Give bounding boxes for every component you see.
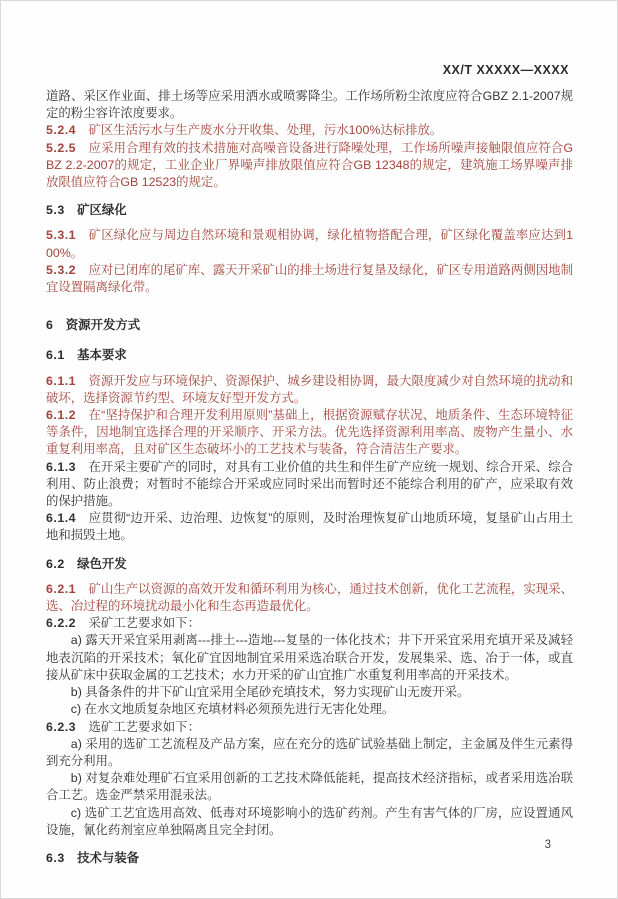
clause-number: 6.2.2 — [46, 616, 76, 630]
clause-number: 5.3 — [46, 203, 65, 217]
paragraph: 5.2.5 应采用合理有效的技术措施对高噪音设备进行降噪处理，工作场所噪声接触限… — [46, 140, 573, 192]
paragraph: 6.1.4 应贯彻“边开采、边治理、边恢复”的原则，及时治理恢复矿山地质环境，复… — [46, 510, 573, 544]
section-heading: 6 资源开发方式 — [46, 317, 573, 334]
paragraph: c) 在水文地质复杂地区充填材料必须预先进行无害化处理。 — [46, 701, 573, 718]
clause-number: 5.2.5 — [46, 141, 76, 155]
clause-number: 5.3.2 — [46, 263, 76, 277]
paragraph: 6.2.3 选矿工艺要求如下： — [46, 719, 573, 736]
clause-number: 5.3.1 — [46, 228, 76, 242]
paragraph: b) 对复杂难处理矿石宜采用创新的工艺技术降低能耗，提高技术经济指标，或者采用选… — [46, 770, 573, 804]
paragraph: 6.1.1 资源开发应与环境保护、资源保护、城乡建设相协调，最大限度减少对自然环… — [46, 373, 573, 407]
clause-number: 6.2.1 — [46, 582, 76, 596]
page-number: 3 — [545, 839, 551, 851]
paragraph: 5.3.2 应对已闭库的尾矿库、露天开采矿山的排土场进行复垦及绿化，矿区专用道路… — [46, 262, 573, 296]
paragraph: 6.2.1 矿山生产以资源的高效开发和循环利用为核心，通过技术创新，优化工艺流程… — [46, 581, 573, 615]
clause-number: 6.1.3 — [46, 460, 76, 474]
section-heading: 5.3 矿区绿化 — [46, 202, 573, 219]
document-page: XX/T XXXXX—XXXX 道路、采区作业面、排土场等应采用洒水或喷雾降尘。… — [0, 0, 618, 899]
section-heading: 6.3 技术与装备 — [46, 850, 573, 867]
paragraph: a) 露天开采宜采用剥离---排土---造地---复垦的一体化技术；井下开采宜采… — [46, 632, 573, 684]
clause-number: 6.1 — [46, 348, 65, 362]
standard-code-header: XX/T XXXXX—XXXX — [443, 63, 569, 77]
paragraph: 6.1.2 在“坚持保护和合理开发利用原则”基础上，根据资源赋存状况、地质条件、… — [46, 407, 573, 459]
clause-number: 6.2.3 — [46, 720, 76, 734]
paragraph: 6.2.2 采矿工艺要求如下： — [46, 615, 573, 632]
clause-number: 6.1.4 — [46, 511, 76, 525]
paragraph: 5.2.4 矿区生活污水与生产废水分开收集、处理，污水100%达标排放。 — [46, 122, 573, 139]
clause-number: 6.1.1 — [46, 374, 76, 388]
clause-number: 6 — [46, 318, 53, 332]
clause-number: 6.1.2 — [46, 408, 76, 422]
paragraph: a) 采用的选矿工艺流程及产品方案，应在充分的选矿试验基础上制定，主金属及伴生元… — [46, 736, 573, 770]
section-heading: 6.1 基本要求 — [46, 347, 573, 364]
clause-number: 5.2.4 — [46, 123, 76, 137]
paragraph: 道路、采区作业面、排土场等应采用洒水或喷雾降尘。工作场所粉尘浓度应符合GBZ 2… — [46, 88, 573, 122]
paragraph: 6.1.3 在开采主要矿产的同时，对具有工业价值的共生和伴生矿产应统一规划、综合… — [46, 459, 573, 511]
clause-number: 6.2 — [46, 557, 65, 571]
section-heading: 6.2 绿色开发 — [46, 556, 573, 573]
paragraph: b) 具备条件的井下矿山宜采用全尾砂充填技术，努力实现矿山无废开采。 — [46, 684, 573, 701]
clause-number: 6.3 — [46, 851, 65, 865]
document-content: 道路、采区作业面、排土场等应采用洒水或喷雾降尘。工作场所粉尘浓度应符合GBZ 2… — [46, 88, 573, 875]
paragraph: c) 选矿工艺宜选用高效、低毒对环境影响小的选矿药剂。产生有害气体的厂房，应设置… — [46, 805, 573, 839]
paragraph: 5.3.1 矿区绿化应与周边自然环境和景观相协调，绿化植物搭配合理，矿区绿化覆盖… — [46, 227, 573, 261]
